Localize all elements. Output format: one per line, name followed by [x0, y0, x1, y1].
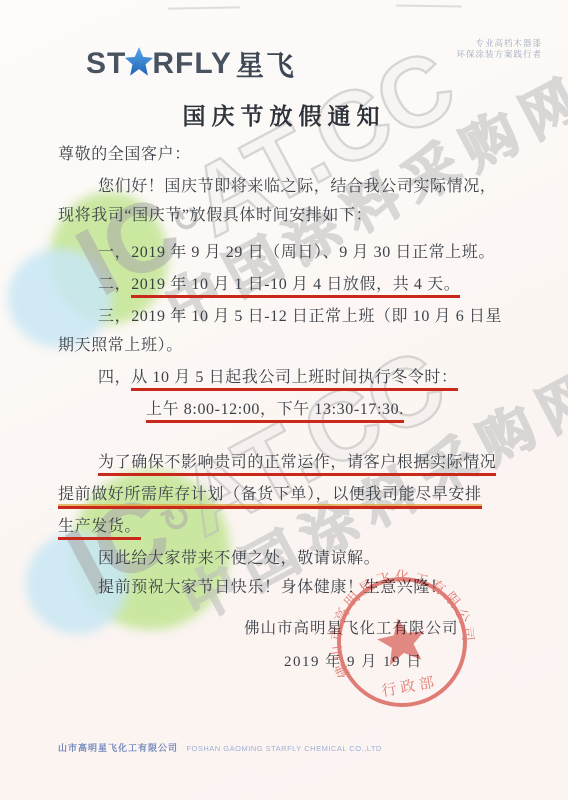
scan-artifact-dash [168, 6, 240, 9]
paragraph-2-line-3-text: 生产发货。 [58, 518, 141, 540]
paragraph-2-line-1: 为了确保不影响贵司的正常运作，请客户根据实际情况 [58, 448, 522, 477]
logo-star-icon [124, 45, 154, 81]
paragraph-2-line-2: 提前做好所需库存计划（备货下单），以便我司能尽早安排 [58, 480, 522, 509]
list-item-2-underlined: 2019 年 10 月 1 日-10 月 4 日放假，共 4 天。 [131, 276, 460, 298]
notice-body: 尊敬的全国客户： 您们好！国庆节即将来临之际，结合我公司实际情况， 现将我司“国… [58, 140, 522, 602]
work-time-line: 上午 8:00-12:00，下午 13:30-17:30. [58, 395, 522, 424]
company-stamp-icon: 佛山市高明星飞化工有限公司 行政部 [306, 553, 498, 732]
list-item-3-line-1: 三，2019 年 10 月 5 日-12 日正常上班（即 10 月 6 日星 [58, 302, 522, 331]
notice-title: 国庆节放假通知 [0, 98, 568, 131]
logo-text-cn: 星飞 [236, 44, 296, 84]
greeting-line-1: 您们好！国庆节即将来临之际，结合我公司实际情况， [58, 172, 522, 201]
company-logo: ST RFLY 星飞 [86, 44, 296, 84]
page-footer: 山市高明星飞化工有限公司 FOSHAN GAOMING STARFLY CHEM… [58, 738, 382, 756]
work-time-underlined: 上午 8:00-12:00，下午 13:30-17:30. [146, 401, 404, 423]
stamp-star-icon [374, 614, 429, 667]
scanned-notice-page: IC↻AT.CC 中国涂料采购网 IC↻AT.CC 中国涂料采购网 ST RFL… [0, 0, 568, 800]
logo-text-rfly: RFLY [152, 47, 232, 81]
company-tagline: 专业高档木器漆 环保涂装方案践行者 [456, 38, 542, 60]
paragraph-2-line-3: 生产发货。 [58, 512, 522, 541]
tagline-line-2: 环保涂装方案践行者 [456, 49, 542, 60]
tagline-line-1: 专业高档木器漆 [456, 38, 542, 49]
paragraph-2-line-1-text: 为了确保不影响贵司的正常运作，请客户根据实际情况 [98, 454, 496, 476]
list-item-1: 一，2019 年 9 月 29 日（周日）、9 月 30 日正常上班。 [58, 238, 522, 267]
list-item-3-line-2: 期天照常上班）。 [58, 331, 522, 360]
list-item-2-prefix: 二， [98, 276, 131, 293]
greeting-line-2: 现将我司“国庆节”放假具体时间安排如下： [58, 201, 522, 230]
footer-company-en: FOSHAN GAOMING STARFLY CHEMICAL CO.,LTD [186, 744, 381, 753]
list-item-2: 二，2019 年 10 月 1 日-10 月 4 日放假，共 4 天。 [58, 270, 522, 299]
footer-company-cn: 山市高明星飞化工有限公司 [58, 743, 178, 753]
list-item-4-prefix: 四， [98, 369, 131, 386]
list-item-4-underlined: 从 10 月 5 日起我公司上班时间执行冬令时： [131, 369, 457, 391]
salutation: 尊敬的全国客户： [58, 140, 522, 169]
scan-artifact-dash [396, 4, 462, 7]
list-item-4: 四，从 10 月 5 日起我公司上班时间执行冬令时： [58, 363, 522, 392]
logo-text-st: ST [86, 47, 126, 81]
paragraph-2-line-2-text: 提前做好所需库存计划（备货下单），以便我司能尽早安排 [58, 486, 482, 509]
